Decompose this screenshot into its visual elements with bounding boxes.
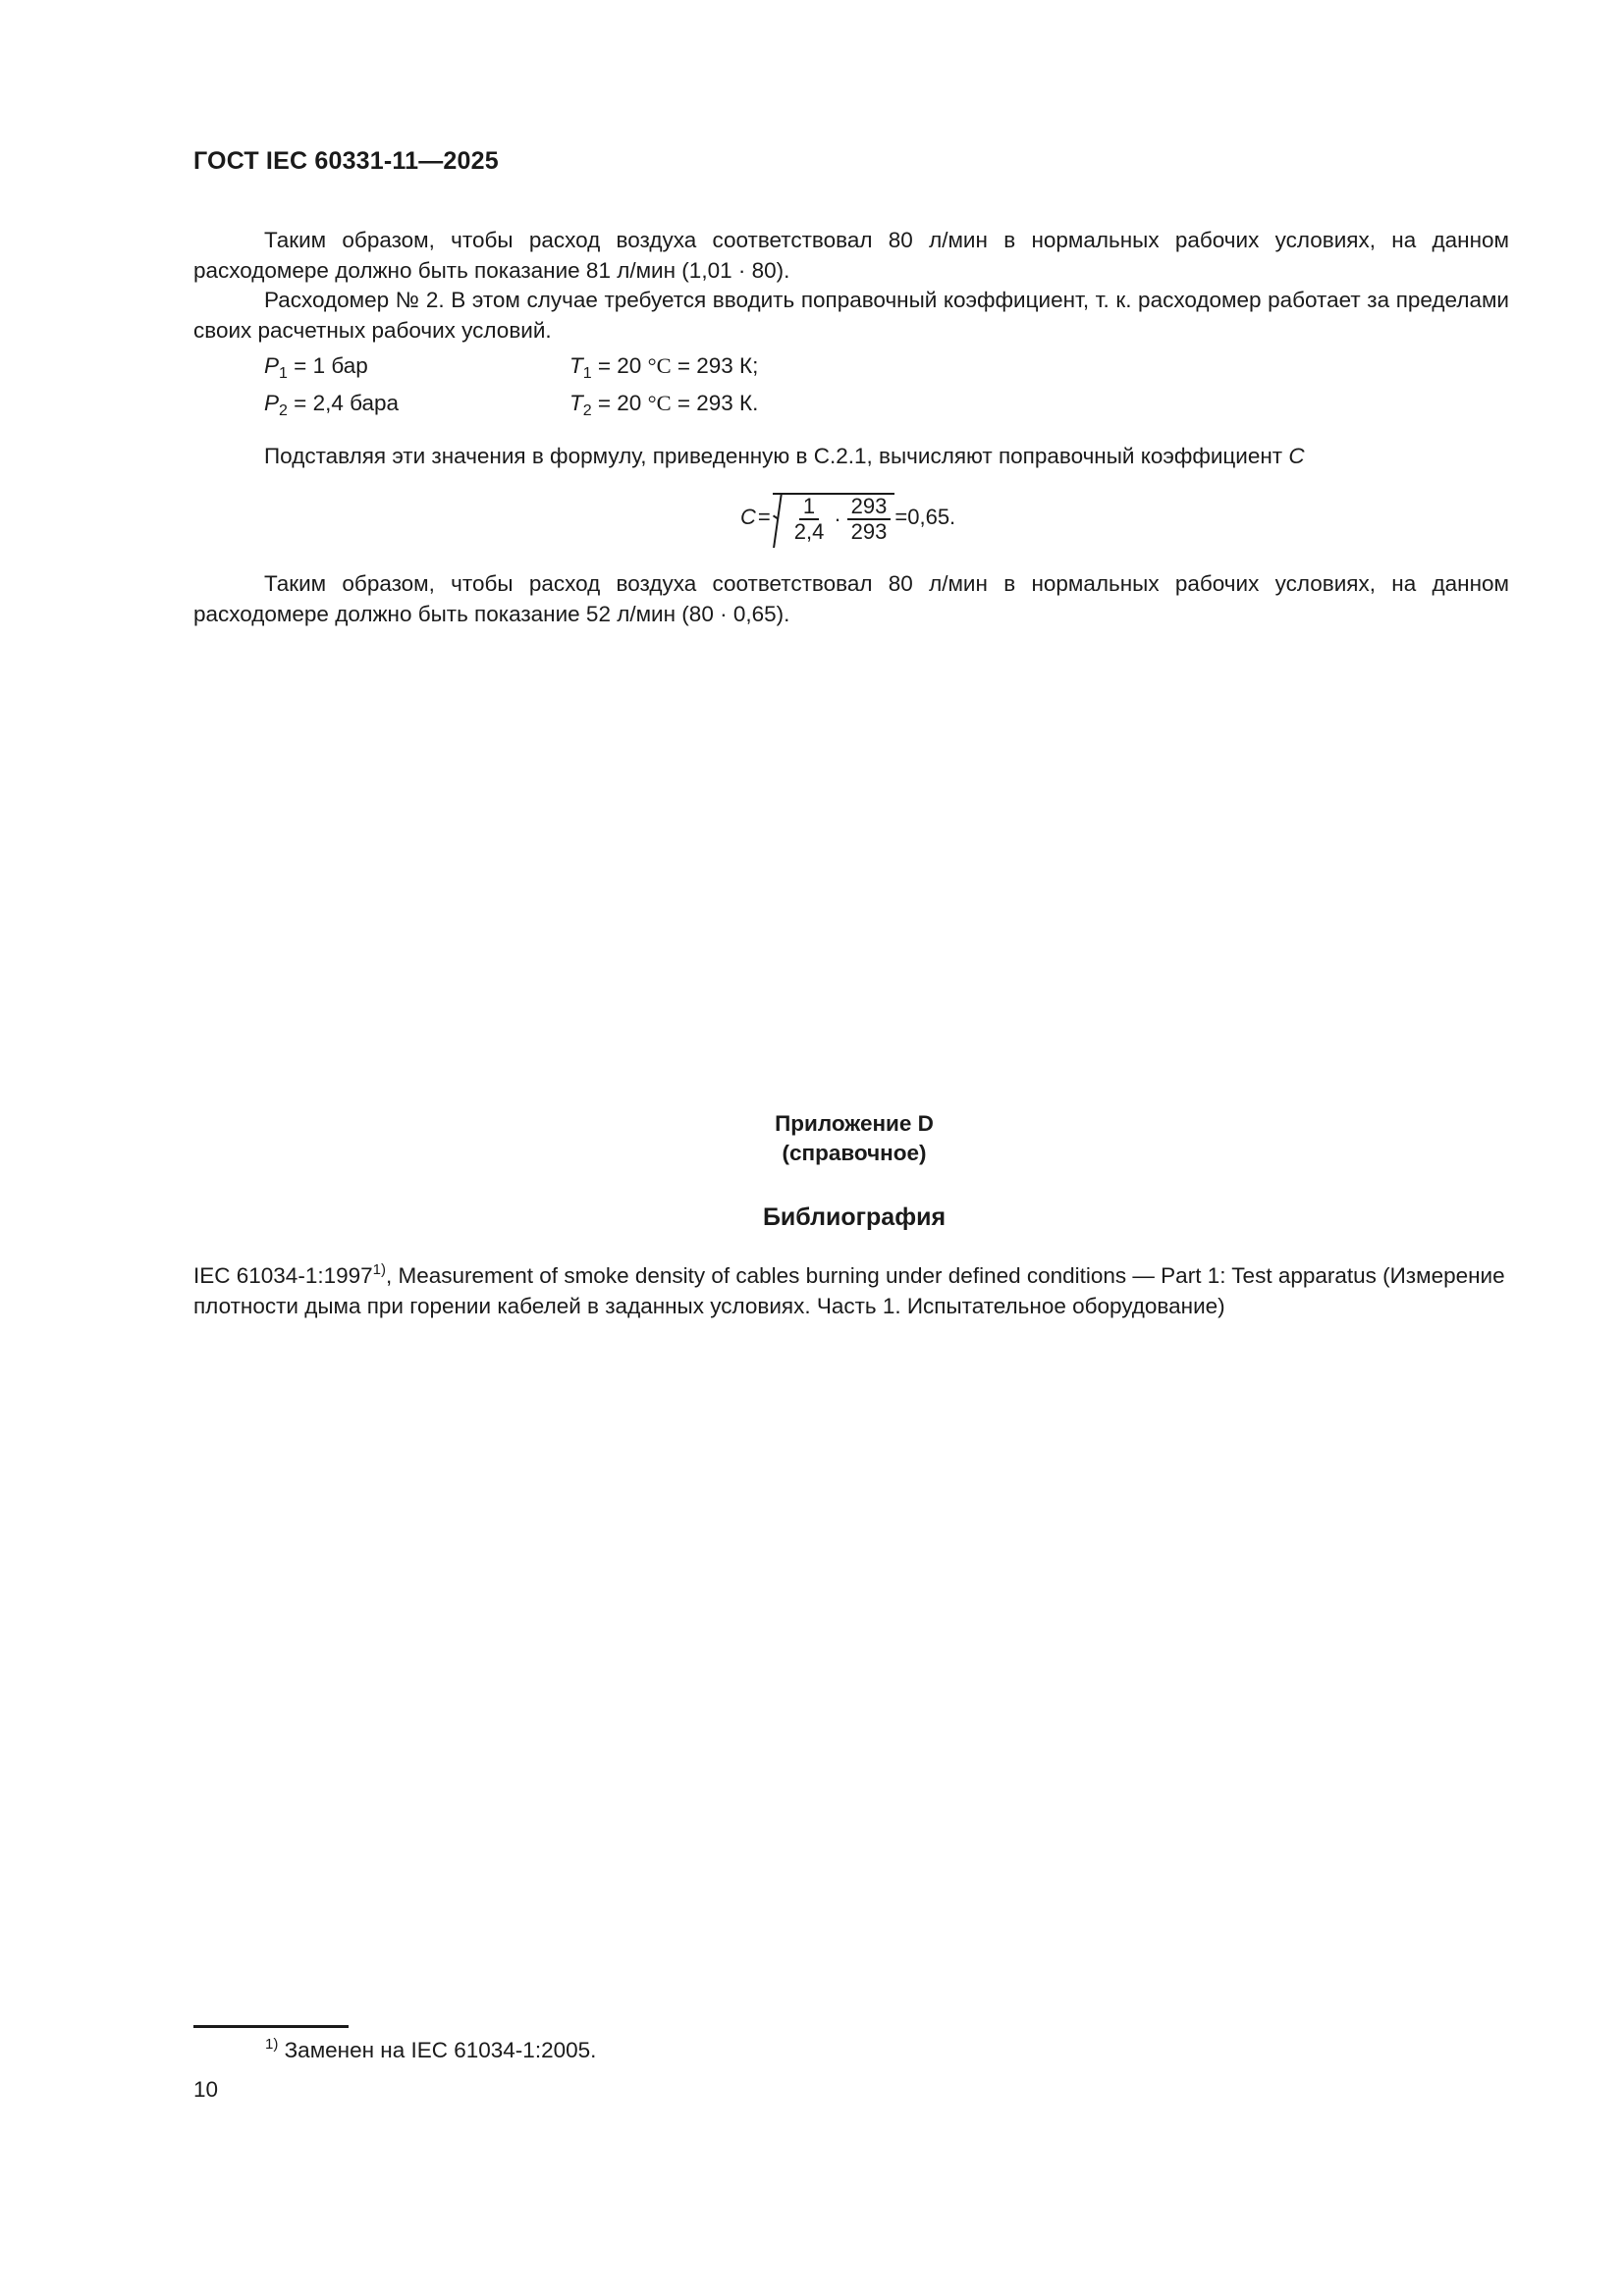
footnote-divider bbox=[193, 2025, 349, 2028]
page-number: 10 bbox=[193, 2075, 218, 2106]
paragraph-flowmeter-1-result: Таким образом, чтобы расход воздуха соот… bbox=[193, 226, 1509, 286]
footnote-marker: 1) bbox=[373, 1261, 386, 1278]
bibliography-heading: Библиография bbox=[0, 1203, 1624, 1232]
formula-equals: = bbox=[758, 505, 771, 530]
bibliography-entry: IEC 61034-1:19971), Measurement of smoke… bbox=[193, 1261, 1509, 1321]
var-t2: T2 = 20 °C = 293 К. bbox=[569, 389, 758, 419]
correction-formula: C = 1 2,4 · 293 293 =0,65. bbox=[740, 488, 955, 547]
fraction-temperature: 293 293 bbox=[847, 495, 892, 544]
fraction-pressure: 1 2,4 bbox=[790, 495, 829, 544]
paragraph-text: Таким образом, чтобы расход воздуха соот… bbox=[193, 228, 1509, 283]
footnote: 1) Заменен на IEC 61034-1:2005. bbox=[265, 2036, 596, 2066]
annex-label: Приложение D bbox=[0, 1109, 1624, 1139]
formula-lhs: C bbox=[740, 505, 756, 530]
annex-status: (справочное) bbox=[0, 1139, 1624, 1168]
var-p1: P1 = 1 бар bbox=[264, 351, 368, 382]
document-header: ГОСТ IEC 60331-11—2025 bbox=[193, 147, 499, 176]
paragraph-flowmeter-2-result: Таким образом, чтобы расход воздуха соот… bbox=[193, 569, 1509, 629]
annex-title: Приложение D (справочное) bbox=[0, 1109, 1624, 1168]
var-p2: P2 = 2,4 бара bbox=[264, 389, 399, 419]
formula-result: =0,65. bbox=[894, 505, 955, 530]
sqrt-symbol: 1 2,4 · 293 293 bbox=[773, 493, 895, 544]
paragraph-text: Расходомер № 2. В этом случае требуется … bbox=[193, 288, 1509, 343]
paragraph-substitution: Подставляя эти значения в формулу, приве… bbox=[264, 442, 1305, 472]
paragraph-flowmeter-2: Расходомер № 2. В этом случае требуется … bbox=[193, 286, 1509, 346]
var-t1: T1 = 20 °C = 293 К; bbox=[569, 351, 758, 382]
paragraph-text: Таким образом, чтобы расход воздуха соот… bbox=[193, 571, 1509, 626]
